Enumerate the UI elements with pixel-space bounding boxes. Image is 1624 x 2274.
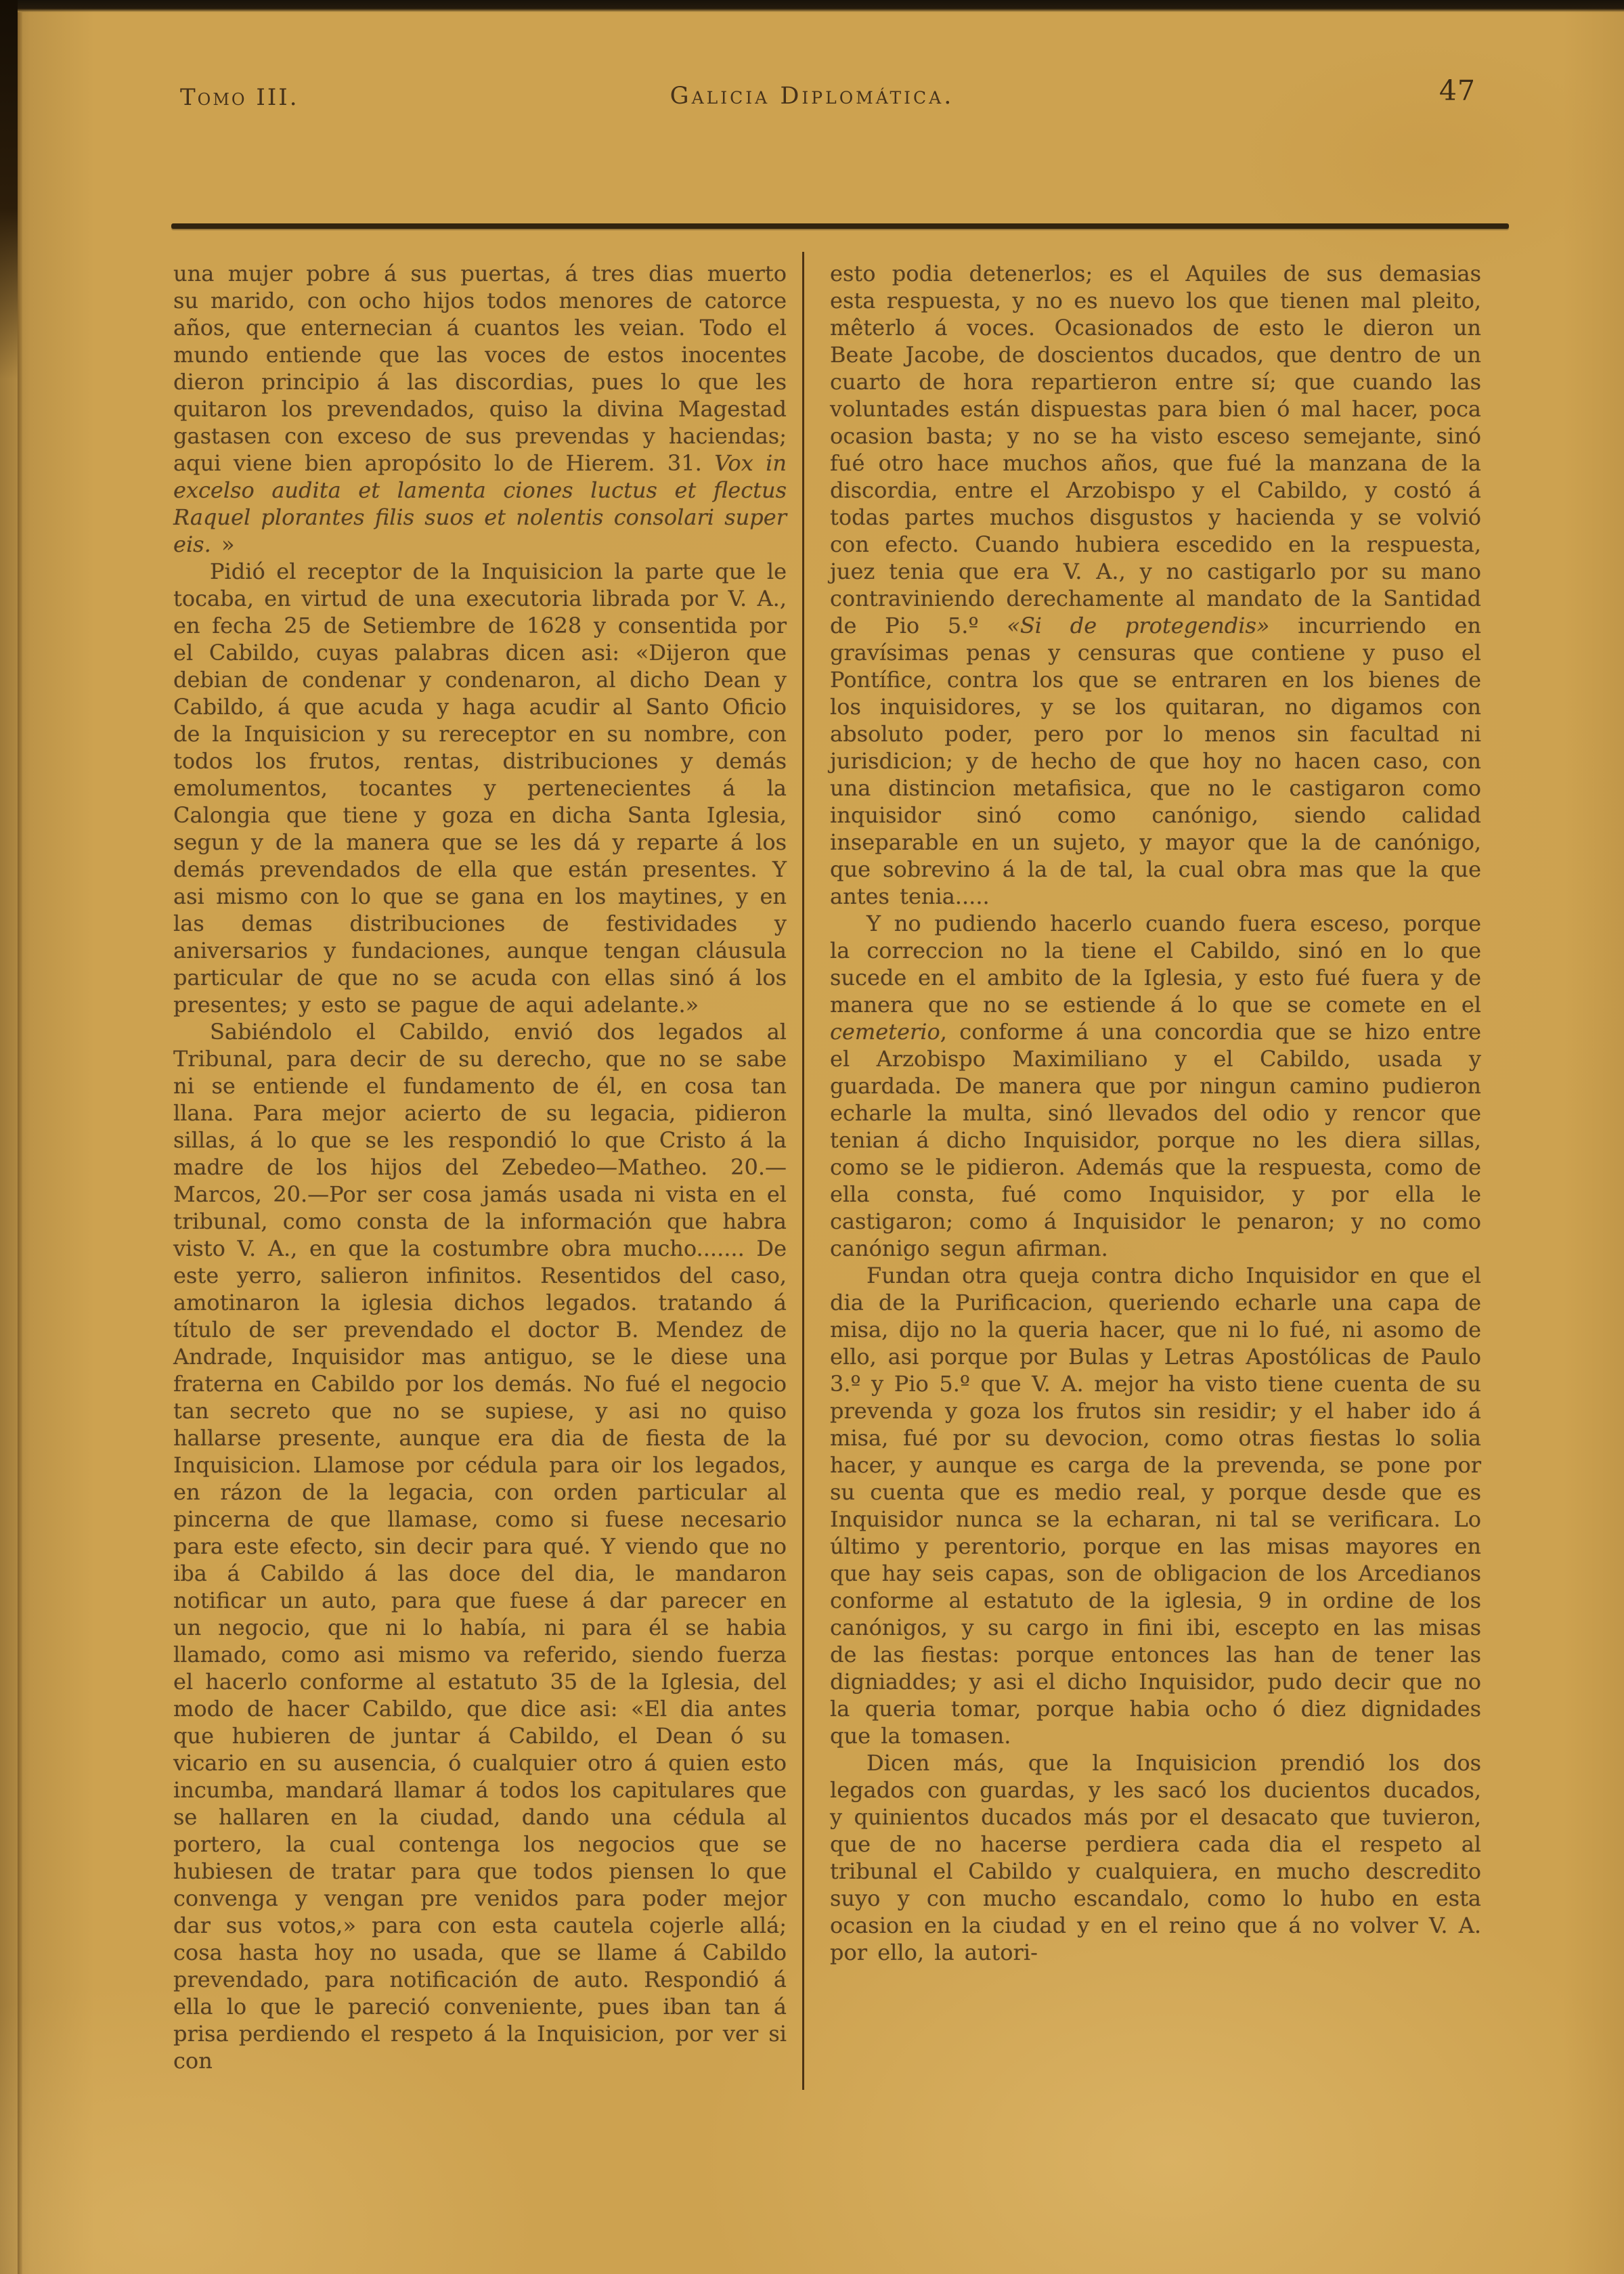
- paragraph: Fundan otra queja contra dicho Inquisido…: [830, 1262, 1481, 1749]
- body-text: Fundan otra queja contra dicho Inquisido…: [830, 1263, 1481, 1749]
- scan-top-edge-shadow: [0, 0, 1624, 12]
- body-text: Y no pudiendo hacerlo cuando fuera esces…: [830, 911, 1481, 1018]
- paragraph: Pidió el receptor de la Inquisicion la p…: [173, 558, 787, 1018]
- latin-italic-text: «Si de protegendis»: [1007, 613, 1269, 638]
- body-text: incurriendo en gravísimas penas y censur…: [830, 613, 1481, 909]
- text-column-left: una mujer pobre á sus puertas, á tres di…: [173, 260, 787, 2074]
- header-rule: [171, 223, 1509, 229]
- body-text: , conforme á una concordia que se hizo e…: [830, 1019, 1481, 1261]
- scanned-book-page: Tomo III. Galicia Diplomática. 47 una mu…: [0, 0, 1624, 2274]
- body-text: Dicen más, que la Inquisicion prendió lo…: [830, 1750, 1481, 1965]
- paragraph: una mujer pobre á sus puertas, á tres di…: [173, 260, 787, 558]
- column-divider-rule: [802, 252, 804, 2090]
- page-gutter-crease: [18, 12, 22, 2274]
- page-title: Galicia Diplomática.: [670, 83, 954, 110]
- paragraph: Y no pudiendo hacerlo cuando fuera esces…: [830, 910, 1481, 1262]
- paragraph: Dicen más, que la Inquisicion prendió lo…: [830, 1749, 1481, 1966]
- latin-italic-text: cemeterio: [830, 1019, 940, 1045]
- body-text: esto podia detenerlos; es el Aquiles de …: [830, 261, 1481, 638]
- body-text: una mujer pobre á sus puertas, á tres di…: [173, 261, 787, 476]
- paragraph: esto podia detenerlos; es el Aquiles de …: [830, 260, 1481, 910]
- page-number: 47: [1439, 74, 1476, 107]
- body-text: »: [211, 531, 235, 557]
- scan-left-edge-shadow: [0, 0, 18, 379]
- body-text: Pidió el receptor de la Inquisicion la p…: [173, 559, 787, 1018]
- volume-label: Tomo III.: [180, 84, 299, 111]
- body-text: Sabiéndolo el Cabildo, envió dos legados…: [173, 1019, 787, 2074]
- paragraph: Sabiéndolo el Cabildo, envió dos legados…: [173, 1018, 787, 2074]
- text-column-right: esto podia detenerlos; es el Aquiles de …: [830, 260, 1481, 1966]
